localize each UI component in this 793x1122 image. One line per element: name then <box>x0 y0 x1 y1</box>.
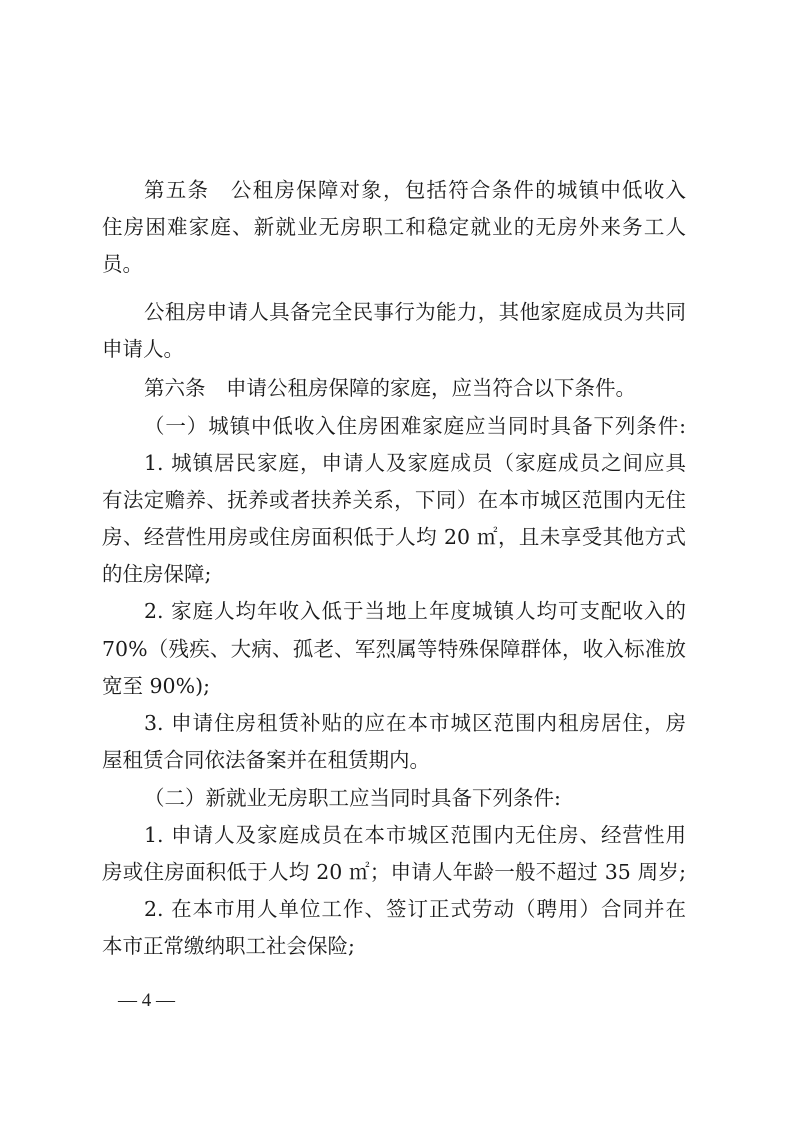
section-1-item-2-line-2: 70%（残疾、大病、孤老、军烈属等特殊保障群体，收入标准放 <box>102 634 686 664</box>
section-1-item-3-line-1: 3. 申请住房租赁补贴的应在本市城区范围内租房居住，房 <box>144 708 686 738</box>
article-5-line-3: 员。 <box>102 249 686 279</box>
section-1-item-1-line-2: 有法定赡养、抚养或者扶养关系，下同）在本市城区范围内无住 <box>102 485 686 515</box>
article-6-heading: 第六条 申请公租房保障的家庭，应当符合以下条件。 <box>144 373 686 403</box>
section-2-item-2-line-1: 2. 在本市用人单位工作、签订正式劳动（聘用）合同并在 <box>144 894 686 924</box>
section-1-item-1-line-4: 的住房保障; <box>102 559 686 589</box>
section-1-item-1-line-3: 房、经营性用房或住房面积低于人均 20 ㎡，且未享受其他方式 <box>102 522 686 552</box>
section-2-item-1-line-2: 房或住房面积低于人均 20 ㎡；申请人年龄一般不超过 35 周岁; <box>102 857 686 887</box>
document-page: 第五条 公租房保障对象，包括符合条件的城镇中低收入 住房困难家庭、新就业无房职工… <box>0 0 793 1122</box>
paragraph-applicant-line-2: 申请人。 <box>102 334 686 364</box>
section-2-heading: （二）新就业无房职工应当同时具备下列条件: <box>144 783 686 813</box>
article-5-line-2: 住房困难家庭、新就业无房职工和稳定就业的无房外来务工人 <box>102 212 686 242</box>
section-1-heading: （一）城镇中低收入住房困难家庭应当同时具备下列条件: <box>144 411 686 441</box>
section-1-item-3-line-2: 屋租赁合同依法备案并在租赁期内。 <box>102 745 686 775</box>
section-1-item-2-line-1: 2. 家庭人均年收入低于当地上年度城镇人均可支配收入的 <box>144 596 686 626</box>
article-5-line-1: 第五条 公租房保障对象，包括符合条件的城镇中低收入 <box>144 175 686 205</box>
section-1-item-1-line-1: 1. 城镇居民家庭，申请人及家庭成员（家庭成员之间应具 <box>144 448 686 478</box>
section-1-item-2-line-3: 宽至 90%); <box>102 671 686 701</box>
page-number: — 4 — <box>118 988 175 1014</box>
paragraph-applicant-line-1: 公租房申请人具备完全民事行为能力，其他家庭成员为共同 <box>144 297 686 327</box>
section-2-item-2-line-2: 本市正常缴纳职工社会保险; <box>102 931 686 961</box>
section-2-item-1-line-1: 1. 申请人及家庭成员在本市城区范围内无住房、经营性用 <box>144 820 686 850</box>
